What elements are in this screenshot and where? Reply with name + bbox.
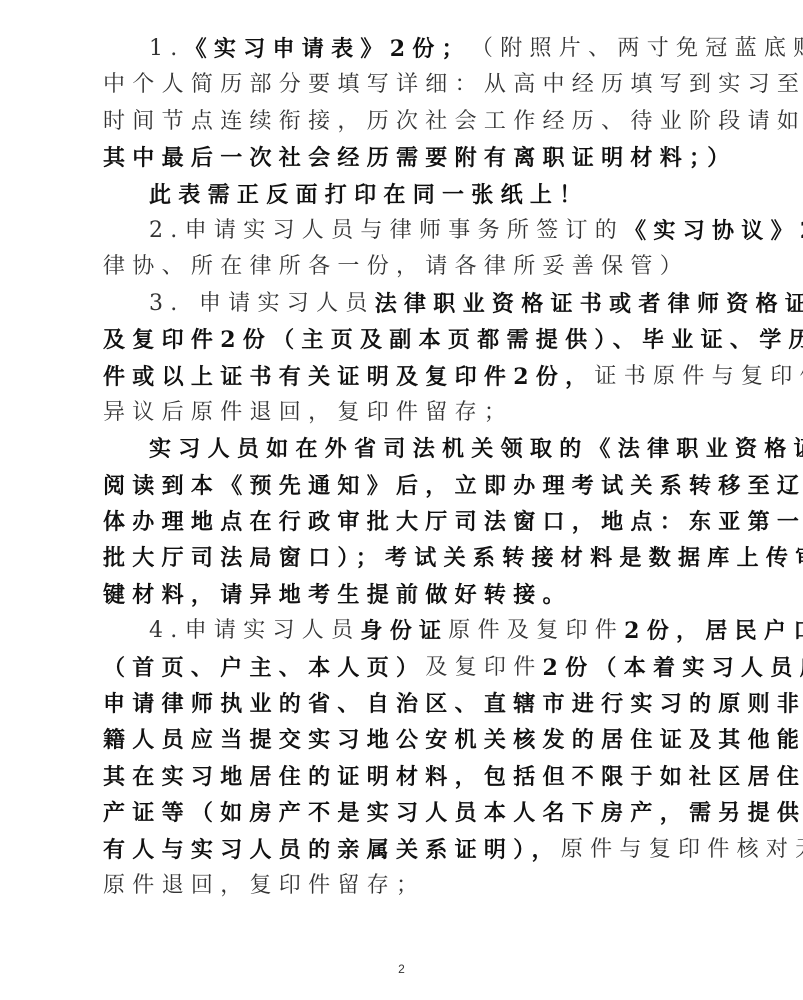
bold-text-segment: 《实习申请表》2份； (185, 31, 471, 67)
bold-text-segment: 件或以上证书有关证明及复印件2份， (103, 359, 594, 395)
text-segment: 2.申请实习人员与律师事务所签订的 (149, 213, 624, 249)
bold-text-segment: 申请律师执业的省、自治区、直辖市进行实习的原则非实习地户 (103, 686, 803, 722)
text-line: 此表需正反面打印在同一张纸上！ (103, 177, 703, 213)
text-line: 中个人简历部分要填写详细：从高中经历填写到实习至今，做到 (103, 67, 703, 103)
text-segment: 1. (149, 31, 185, 67)
text-line: 申请律师执业的省、自治区、直辖市进行实习的原则非实习地户 (103, 686, 703, 722)
text-line: 籍人员应当提交实习地公安机关核发的居住证及其他能够证明 (103, 722, 703, 758)
text-segment: 中个人简历部分要填写详细：从高中经历填写到实习至今，做到 (103, 67, 803, 103)
bold-text-segment: 身份证 (360, 613, 448, 649)
text-line: 产证等（如房产不是实习人员本人名下房产，需另提供该房产持 (103, 795, 703, 831)
bold-text-segment: 及复印件2份（主页及副本页都需提供）、毕业证、学历证书原 (103, 322, 803, 358)
text-segment: 4.申请实习人员 (149, 613, 360, 649)
bold-text-segment: 《实习协议》2份； (624, 213, 803, 249)
text-line: 1.《实习申请表》2份；（附照片、两寸免冠蓝底贴好）（其 (103, 31, 703, 67)
text-line: 其中最后一次社会经历需要附有离职证明材料；） (103, 140, 703, 176)
text-line: 异议后原件退回，复印件留存； (103, 395, 703, 431)
bold-text-segment: 法律职业资格证书或者律师资格证书原件 (375, 286, 803, 322)
text-line: 时间节点连续衔接，历次社会工作经历、待业阶段请如实填写， (103, 104, 703, 140)
text-line: 2.申请实习人员与律师事务所签订的《实习协议》2份；（省 (103, 213, 703, 249)
text-line: 体办理地点在行政审批大厅司法窗口，地点：东亚第一城行政审 (103, 504, 703, 540)
text-segment: 原件退回，复印件留存； (103, 868, 425, 904)
text-line: 阅读到本《预先通知》后，立即办理考试关系转移至辽宁鞍山（具 (103, 468, 703, 504)
bold-text-segment: 有人与实习人员的亲属关系证明）， (103, 832, 561, 868)
text-line: 其在实习地居住的证明材料，包括但不限于如社区居住证明、房 (103, 759, 703, 795)
text-line: 实习人员如在外省司法机关领取的《法律职业资格证书》， (103, 431, 703, 467)
text-line: 及复印件2份（主页及副本页都需提供）、毕业证、学历证书原 (103, 322, 703, 358)
text-line: 件或以上证书有关证明及复印件2份，证书原件与复印件核对无 (103, 359, 703, 395)
bold-text-segment: （首页、户主、本人页） (103, 650, 425, 686)
text-segment: 证书原件与复印件核对无 (594, 359, 803, 395)
bold-text-segment: 其在实习地居住的证明材料，包括但不限于如社区居住证明、房 (103, 759, 803, 795)
text-segment: 异议后原件退回，复印件留存； (103, 395, 513, 431)
bold-text-segment: 键材料，请异地考生提前做好转接。 (103, 577, 572, 613)
text-segment: 原件与复印件核对无异议后 (561, 832, 803, 868)
text-segment: 律协、所在律所各一份，请各律所妥善保管） (103, 249, 689, 285)
bold-text-segment: 产证等（如房产不是实习人员本人名下房产，需另提供该房产持 (103, 795, 803, 831)
document-page: 1.《实习申请表》2份；（附照片、两寸免冠蓝底贴好）（其中个人简历部分要填写详细… (103, 31, 703, 904)
text-segment: 原件及复印件 (448, 613, 624, 649)
text-line: 有人与实习人员的亲属关系证明），原件与复印件核对无异议后 (103, 832, 703, 868)
text-line: 键材料，请异地考生提前做好转接。 (103, 577, 703, 613)
text-line: （首页、户主、本人页）及复印件2份（本着实习人员应当在拟 (103, 650, 703, 686)
bold-text-segment: 体办理地点在行政审批大厅司法窗口，地点：东亚第一城行政审 (103, 504, 803, 540)
bold-text-segment: 其中最后一次社会经历需要附有离职证明材料；） (103, 140, 737, 176)
page-number: 2 (0, 962, 803, 976)
bold-text-segment: 批大厅司法局窗口）；考试关系转接材料是数据库上传审核的关 (103, 540, 803, 576)
bold-text-segment: 实习人员如在外省司法机关领取的《法律职业资格证书》， (149, 431, 803, 467)
text-line: 原件退回，复印件留存； (103, 868, 703, 904)
bold-text-segment: 阅读到本《预先通知》后，立即办理考试关系转移至辽宁鞍山（具 (103, 468, 803, 504)
text-line: 4.申请实习人员身份证原件及复印件2份，居民户口簿原件 (103, 613, 703, 649)
bold-text-segment: 2份，居民户口簿 (624, 613, 803, 649)
text-segment: 时间节点连续衔接，历次社会工作经历、待业阶段请如实填写， (103, 104, 803, 140)
bold-text-segment: 此表需正反面打印在同一张纸上！ (149, 177, 589, 213)
text-segment: 及复印件 (425, 650, 542, 686)
text-segment: （附照片、两寸免冠蓝底贴好）（其 (471, 31, 803, 67)
text-segment: 3. 申请实习人员 (149, 286, 375, 322)
text-line: 3. 申请实习人员法律职业资格证书或者律师资格证书原件 (103, 286, 703, 322)
text-line: 批大厅司法局窗口）；考试关系转接材料是数据库上传审核的关 (103, 540, 703, 576)
bold-text-segment: 籍人员应当提交实习地公安机关核发的居住证及其他能够证明 (103, 722, 803, 758)
text-line: 律协、所在律所各一份，请各律所妥善保管） (103, 249, 703, 285)
bold-text-segment: 2份（本着实习人员应当在拟 (543, 650, 803, 686)
